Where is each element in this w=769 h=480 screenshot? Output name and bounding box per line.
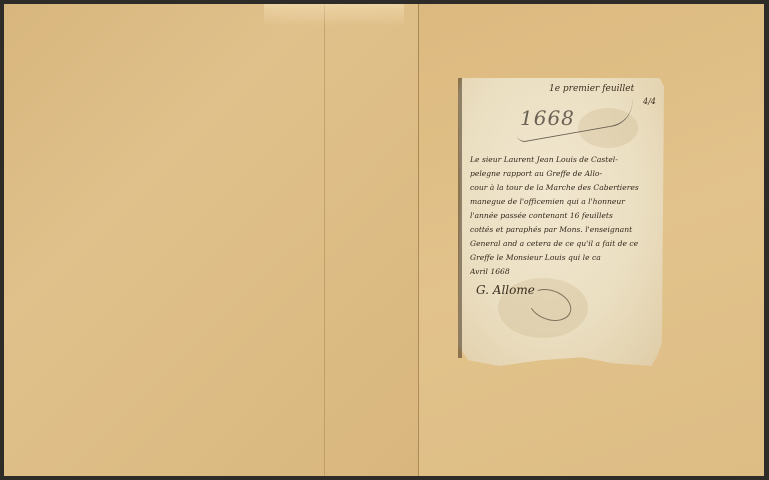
manuscript-line: Greffe le Monsieur Louis qui le ca [470,251,660,265]
signature: G. Allome [476,283,535,297]
manuscript-line: General and a cetera de ce qu'il a fait … [470,237,660,251]
manuscript-line: Le sieur Laurent Jean Louis de Castel- [470,153,660,167]
manuscript-line: cottés et paraphés par Mons. l'enseignan… [470,223,660,237]
manuscript-line: manegue de l'officemien qui a l'honneur [470,195,660,209]
folio-number: 4/4 [643,97,656,106]
folder-left-panel [4,4,418,476]
manuscript-edge [458,78,462,358]
manuscript-line: pelegne rapport au Greffe de Allo- [470,167,660,181]
manuscript-line: l'année passée contenant 16 feuillets [470,209,660,223]
manuscript-text: Le sieur Laurent Jean Louis de Castel- p… [470,153,660,279]
fold-line [324,4,325,476]
folio-annotation: 1e premier feuillet [549,84,634,94]
manuscript-line: cour à la tour de la Marche des Cabertie… [470,181,660,195]
manuscript-line: Avril 1668 [470,265,660,279]
paper-crease [264,4,404,26]
folder-spine [418,4,419,476]
